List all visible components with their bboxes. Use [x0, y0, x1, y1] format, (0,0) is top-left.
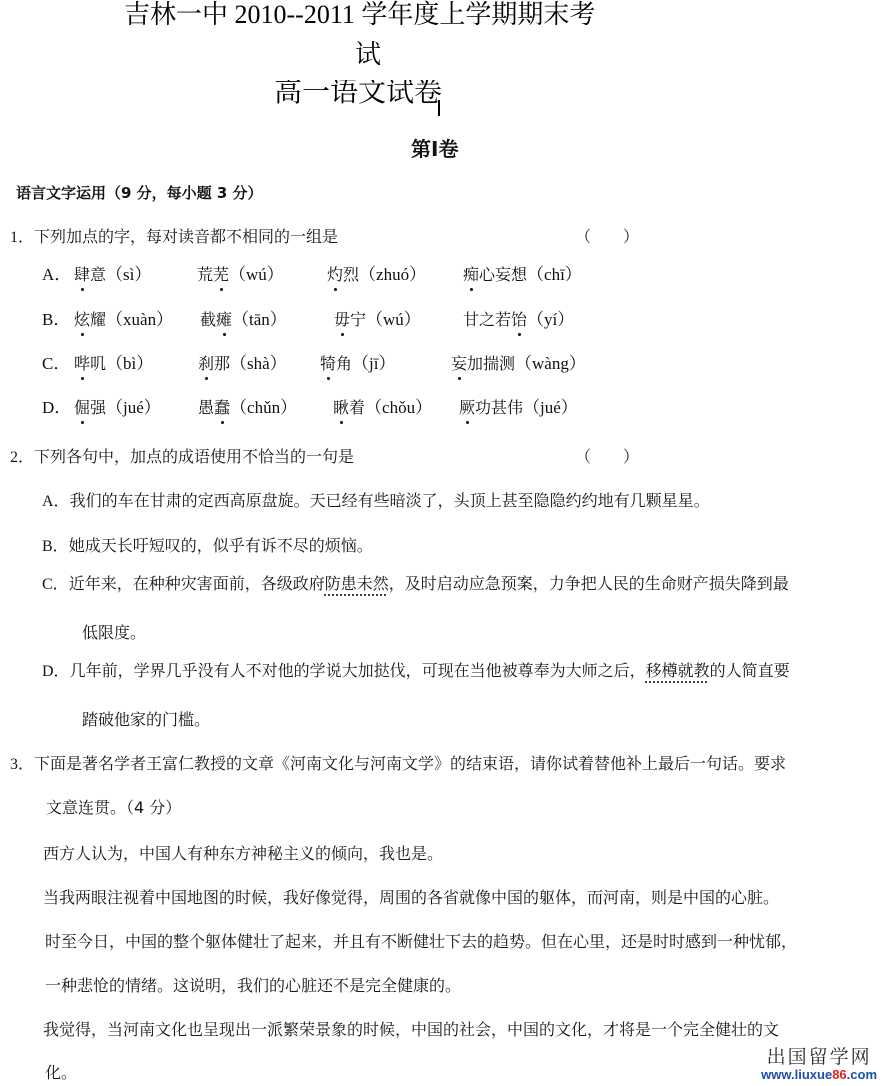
dotted-char: 灼	[327, 264, 343, 286]
question-number: 1．	[10, 229, 34, 246]
word-prefix: 甘之若	[463, 310, 511, 329]
site-watermark: 出国留学网 www.liuxue86.com	[761, 1046, 877, 1082]
question-2-option-a: A．我们的车在甘肃的定西高原盘旋。天已经有些暗淡了，头顶上甚至隐隐约约地有几颗星…	[42, 490, 710, 513]
option-text: 近年来，在种种灾害面前，各级政府	[69, 574, 325, 593]
question-2-option-d-continuation: 踏破他家的门槛。	[82, 709, 210, 731]
option-a-item-1: 肆意（sì）	[74, 264, 151, 286]
pinyin: （bì）	[106, 354, 153, 373]
question-text: 下面是著名学者王富仁教授的文章《河南文化与河南文学》的结束语，请你试着替他补上最…	[34, 754, 786, 773]
pinyin: （chǒu）	[365, 398, 432, 417]
word-prefix: 愚	[198, 398, 214, 417]
option-label: B．	[42, 538, 69, 555]
option-b-item-1: 炫耀（xuàn）	[74, 309, 173, 331]
url-prefix: www.liuxue	[761, 1067, 832, 1082]
word-rest: 烈	[343, 265, 359, 284]
option-text: 几年前，学界几乎没有人不对他的学说大加挞伐，可现在当他被尊奉为大师之后，	[70, 661, 646, 680]
pinyin: （tān）	[232, 310, 287, 329]
dotted-char: 芜	[213, 264, 229, 286]
watermark-url: www.liuxue86.com	[761, 1068, 877, 1082]
question-2-option-c-continuation: 低限度。	[82, 622, 146, 644]
dotted-char: 瞅	[333, 397, 349, 419]
word-rest: 叽	[90, 354, 106, 373]
word-rest: 那	[214, 354, 230, 373]
option-text: ，及时启动应急预案，力争把人民的生命财产损失降到最	[389, 574, 789, 593]
option-label-b: B．	[42, 309, 70, 331]
pinyin: （zhuó）	[359, 265, 426, 284]
option-c-item-3: 犄角（jī）	[320, 353, 395, 375]
dotted-char: 瘫	[216, 309, 232, 331]
word-prefix: 荒	[197, 265, 213, 284]
option-a-item-2: 荒芜（wú）	[197, 264, 284, 286]
word-rest: 耀	[90, 310, 106, 329]
word-rest: 功甚伟	[475, 398, 523, 417]
dotted-char: 犄	[320, 353, 336, 375]
option-label-a: A．	[42, 264, 71, 286]
pinyin: （wàng）	[515, 354, 586, 373]
pinyin: （chī）	[527, 265, 582, 284]
question-3-stem: 3．下面是著名学者王富仁教授的文章《河南文化与河南文学》的结束语，请你试着替他补…	[10, 753, 786, 776]
question-2-stem: 2．下列各句中，加点的成语使用不恰当的一句是	[10, 446, 354, 469]
pinyin: （shà）	[230, 354, 287, 373]
volume-heading: 第Ⅰ卷	[411, 137, 458, 161]
option-label-d: D．	[42, 397, 71, 419]
pinyin: （sì）	[106, 265, 151, 284]
pinyin: （chǔn）	[230, 398, 297, 417]
option-b-item-4: 甘之若饴（yí）	[463, 309, 574, 331]
option-b-item-2: 截瘫（tān）	[200, 309, 287, 331]
pinyin: （xuàn）	[106, 310, 173, 329]
option-d-item-2: 愚蠢（chǔn）	[198, 397, 297, 419]
url-suffix: .com	[847, 1067, 877, 1082]
dotted-char: 刹	[198, 353, 214, 375]
dotted-char: 妄	[451, 353, 467, 375]
dotted-char: 肆	[74, 264, 90, 286]
dotted-char: 毋	[334, 309, 350, 331]
text-cursor-icon	[438, 100, 440, 116]
dotted-char: 痴	[463, 264, 479, 286]
dotted-char: 哔	[74, 353, 90, 375]
dotted-char: 厥	[459, 397, 475, 419]
passage-paragraph-4-continuation: 化。	[45, 1062, 77, 1084]
option-d-item-3: 瞅着（chǒu）	[333, 397, 432, 419]
idiom-text: 移樽就教	[646, 661, 710, 680]
option-b-item-3: 毋宁（wú）	[334, 309, 421, 331]
pinyin: （jué）	[523, 398, 578, 417]
exam-subtitle: 高一语文试卷	[274, 80, 442, 104]
word-rest: 宁	[350, 310, 366, 329]
word-rest: 意	[90, 265, 106, 284]
answer-blank[interactable]: （ ）	[575, 446, 639, 468]
word-rest: 强	[90, 398, 106, 417]
pinyin: （wú）	[229, 265, 284, 284]
pinyin: （wú）	[366, 310, 421, 329]
option-label-c: C．	[42, 353, 70, 375]
passage-paragraph-2: 当我两眼注视着中国地图的时候，我好像觉得，周围的各省就像中国的躯体，而河南，则是…	[43, 887, 779, 909]
pinyin: （jué）	[106, 398, 161, 417]
word-prefix: 截	[200, 310, 216, 329]
dotted-char: 倔	[74, 397, 90, 419]
question-3-stem-continuation: 文意连贯。（4 分）	[46, 797, 181, 819]
section-heading: 语言文字运用（9 分，每小题 3 分）	[16, 182, 263, 204]
watermark-site-name: 出国留学网	[761, 1046, 877, 1068]
question-2-option-b: B．她成天长吁短叹的，似乎有诉不尽的烦恼。	[42, 535, 373, 558]
passage-paragraph-4: 我觉得，当河南文化也呈现出一派繁荣景象的时候，中国的社会，中国的文化，才将是一个…	[43, 1019, 779, 1041]
exam-title-continuation: 试	[355, 40, 381, 70]
dotted-idiom: 移樽就教	[646, 661, 710, 680]
option-label: A．	[42, 493, 70, 510]
question-2-option-c: C．近年来，在种种灾害面前，各级政府防患未然，及时启动应急预案，力争把人民的生命…	[42, 573, 789, 596]
answer-blank[interactable]: （ ）	[575, 226, 639, 248]
word-rest: 着	[349, 398, 365, 417]
option-d-item-1: 倔强（jué）	[74, 397, 161, 419]
option-text: 的人简直要	[710, 661, 790, 680]
word-rest: 加揣测	[467, 354, 515, 373]
option-d-item-4: 厥功甚伟（jué）	[459, 397, 578, 419]
option-a-item-3: 灼烈（zhuó）	[327, 264, 426, 286]
option-c-item-1: 哔叽（bì）	[74, 353, 153, 375]
idiom-text: 防患未然	[325, 574, 389, 593]
question-text: 下列各句中，加点的成语使用不恰当的一句是	[34, 447, 354, 466]
pinyin: （yí）	[527, 310, 574, 329]
dotted-char: 炫	[74, 309, 90, 331]
question-1-stem: 1．下列加点的字，每对读音都不相同的一组是	[10, 226, 338, 249]
exam-title: 吉林一中 2010--2011 学年度上学期期末考	[124, 0, 595, 30]
dotted-char: 饴	[511, 309, 527, 331]
option-a-item-4: 痴心妄想（chī）	[463, 264, 582, 286]
option-text: 我们的车在甘肃的定西高原盘旋。天已经有些暗淡了，头顶上甚至隐隐约约地有几颗星星。	[70, 491, 710, 510]
word-rest: 心妄想	[479, 265, 527, 284]
passage-paragraph-3-continuation: 一种悲怆的情绪。这说明，我们的心脏还不是完全健康的。	[45, 975, 461, 997]
dotted-char: 蠢	[214, 397, 230, 419]
option-c-item-4: 妄加揣测（wàng）	[451, 353, 586, 375]
url-highlight: 86	[832, 1067, 846, 1082]
option-text: 她成天长吁短叹的，似乎有诉不尽的烦恼。	[69, 536, 373, 555]
question-number: 3．	[10, 756, 34, 773]
option-label: C．	[42, 576, 69, 593]
option-label: D．	[42, 663, 70, 680]
option-c-item-2: 刹那（shà）	[198, 353, 287, 375]
question-2-option-d: D．几年前，学界几乎没有人不对他的学说大加挞伐，可现在当他被尊奉为大师之后，移樽…	[42, 660, 790, 683]
pinyin: （jī）	[352, 354, 395, 373]
dotted-idiom: 防患未然	[325, 574, 389, 593]
passage-paragraph-1: 西方人认为，中国人有种东方神秘主义的倾向，我也是。	[43, 843, 443, 865]
question-text: 下列加点的字，每对读音都不相同的一组是	[34, 227, 338, 246]
passage-paragraph-3: 时至今日，中国的整个躯体健壮了起来，并且有不断健壮下去的趋势。但在心里，还是时时…	[45, 931, 797, 953]
word-rest: 角	[336, 354, 352, 373]
question-number: 2．	[10, 449, 34, 466]
